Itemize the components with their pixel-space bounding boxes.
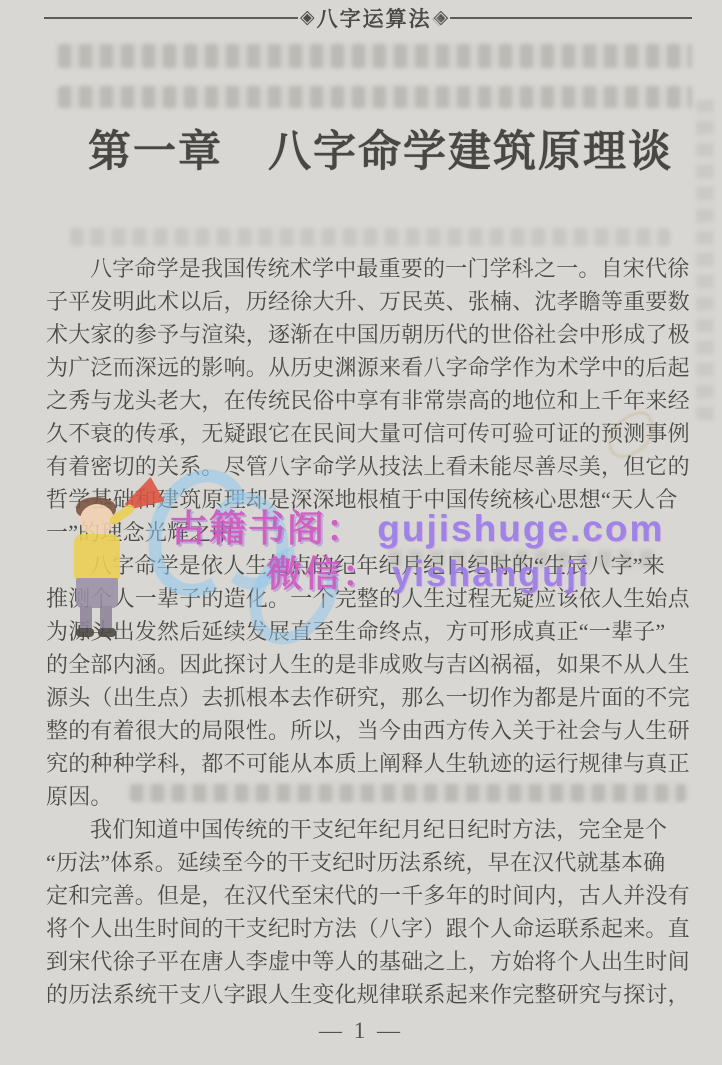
body-line: 为源头出发然后延续发展直至生命终点，方可形成真正“一辈子” (46, 615, 690, 648)
body-line: 推测个人一辈子的造化。一个完整的人生过程无疑应该依人生始点 (46, 582, 690, 615)
body-line: 到宋代徐子平在唐人李虚中等人的基础之上，方始将个人出生时间 (46, 945, 690, 978)
body-line: 子平发明此术以后，历经徐大升、万民英、张楠、沈孝瞻等重要数 (46, 285, 690, 318)
chapter-title: 第一章 八字命学建筑原理谈 (88, 118, 673, 179)
body-line: 术大家的参予与渲染，逐渐在中国历朝历代的世俗社会中形成了极 (46, 318, 690, 351)
body-text: 八字命学是我国传统术学中最重要的一门学科之一。自宋代徐 子平发明此术以后，历经徐… (46, 252, 690, 1011)
body-line: 定和完善。但是，在汉代至宋代的一千多年的时间内，古人并没有 (46, 879, 690, 912)
body-line: 为广泛而深远的影响。从历史渊源来看八字命学作为术学中的后起 (46, 351, 690, 384)
bleedthrough-text-artifact (696, 100, 714, 420)
diamond-ornament-ghost-icon: ◈ (432, 8, 446, 29)
body-line: 原因。 (46, 780, 690, 813)
body-line: 哲学基础和建筑原理却是深深地根植于中国传统核心思想“天人合 (46, 483, 690, 516)
page-number: — 1 — (0, 1018, 722, 1044)
body-line: 有着密切的关系。尽管八字命学从技法上看未能尽善尽美，但它的 (46, 450, 690, 483)
body-line: 久不衰的传承，无疑跟它在民间大量可信可传可验可证的预测事例 (46, 417, 690, 450)
body-line: 的全部内涵。因此探讨人生的是非成败与吉凶祸福，如果不从人生 (46, 648, 690, 681)
running-title: 八字运算法 (317, 3, 432, 33)
body-line: 之秀与龙头老大，在传统民俗中享有非常崇高的地位和上千年来经 (46, 384, 690, 417)
body-line: 八字命学是依人生始点的纪年纪月纪日纪时的“生辰八字”来 (46, 549, 690, 582)
body-line: 一”的理念光辉之中。 (46, 516, 690, 549)
body-line: “历法”体系。延续至今的干支纪时历法系统，早在汉代就基本确 (46, 846, 690, 879)
body-line: 整的有着很大的局限性。所以，当今由西方传入关于社会与人生研 (46, 714, 690, 747)
body-line: 将个人出生时间的干支纪时方法（八字）跟个人命运联系起来。直 (46, 912, 690, 945)
body-line: 源头（出生点）去抓根本去作研究，那么一切作为都是片面的不完 (46, 681, 690, 714)
page-header: ◈ 八字运算法 ◈ (44, 6, 692, 30)
header-rule-left (44, 17, 298, 19)
scanned-book-page: ◈ 八字运算法 ◈ ◈ 第一章 八字命学建筑原理谈 八字命学是我国传统术学中最重… (0, 0, 722, 1065)
diamond-ornament-icon: ◈ (300, 8, 315, 28)
body-line: 我们知道中国传统的干支纪年纪月纪日纪时方法，完全是个 (46, 813, 690, 846)
header-rule-right (450, 17, 692, 19)
bleedthrough-text-artifact (58, 86, 692, 108)
body-line: 八字命学是我国传统术学中最重要的一门学科之一。自宋代徐 (46, 252, 690, 285)
body-line: 的历法系统干支八字跟人生变化规律联系起来作完整研究与探讨， (46, 978, 690, 1011)
body-line: 究的种种学科，都不可能从本质上阐释人生轨迹的运行规律与真正 (46, 747, 690, 780)
bleedthrough-text-artifact (58, 44, 692, 68)
bleedthrough-text-artifact (70, 228, 670, 246)
